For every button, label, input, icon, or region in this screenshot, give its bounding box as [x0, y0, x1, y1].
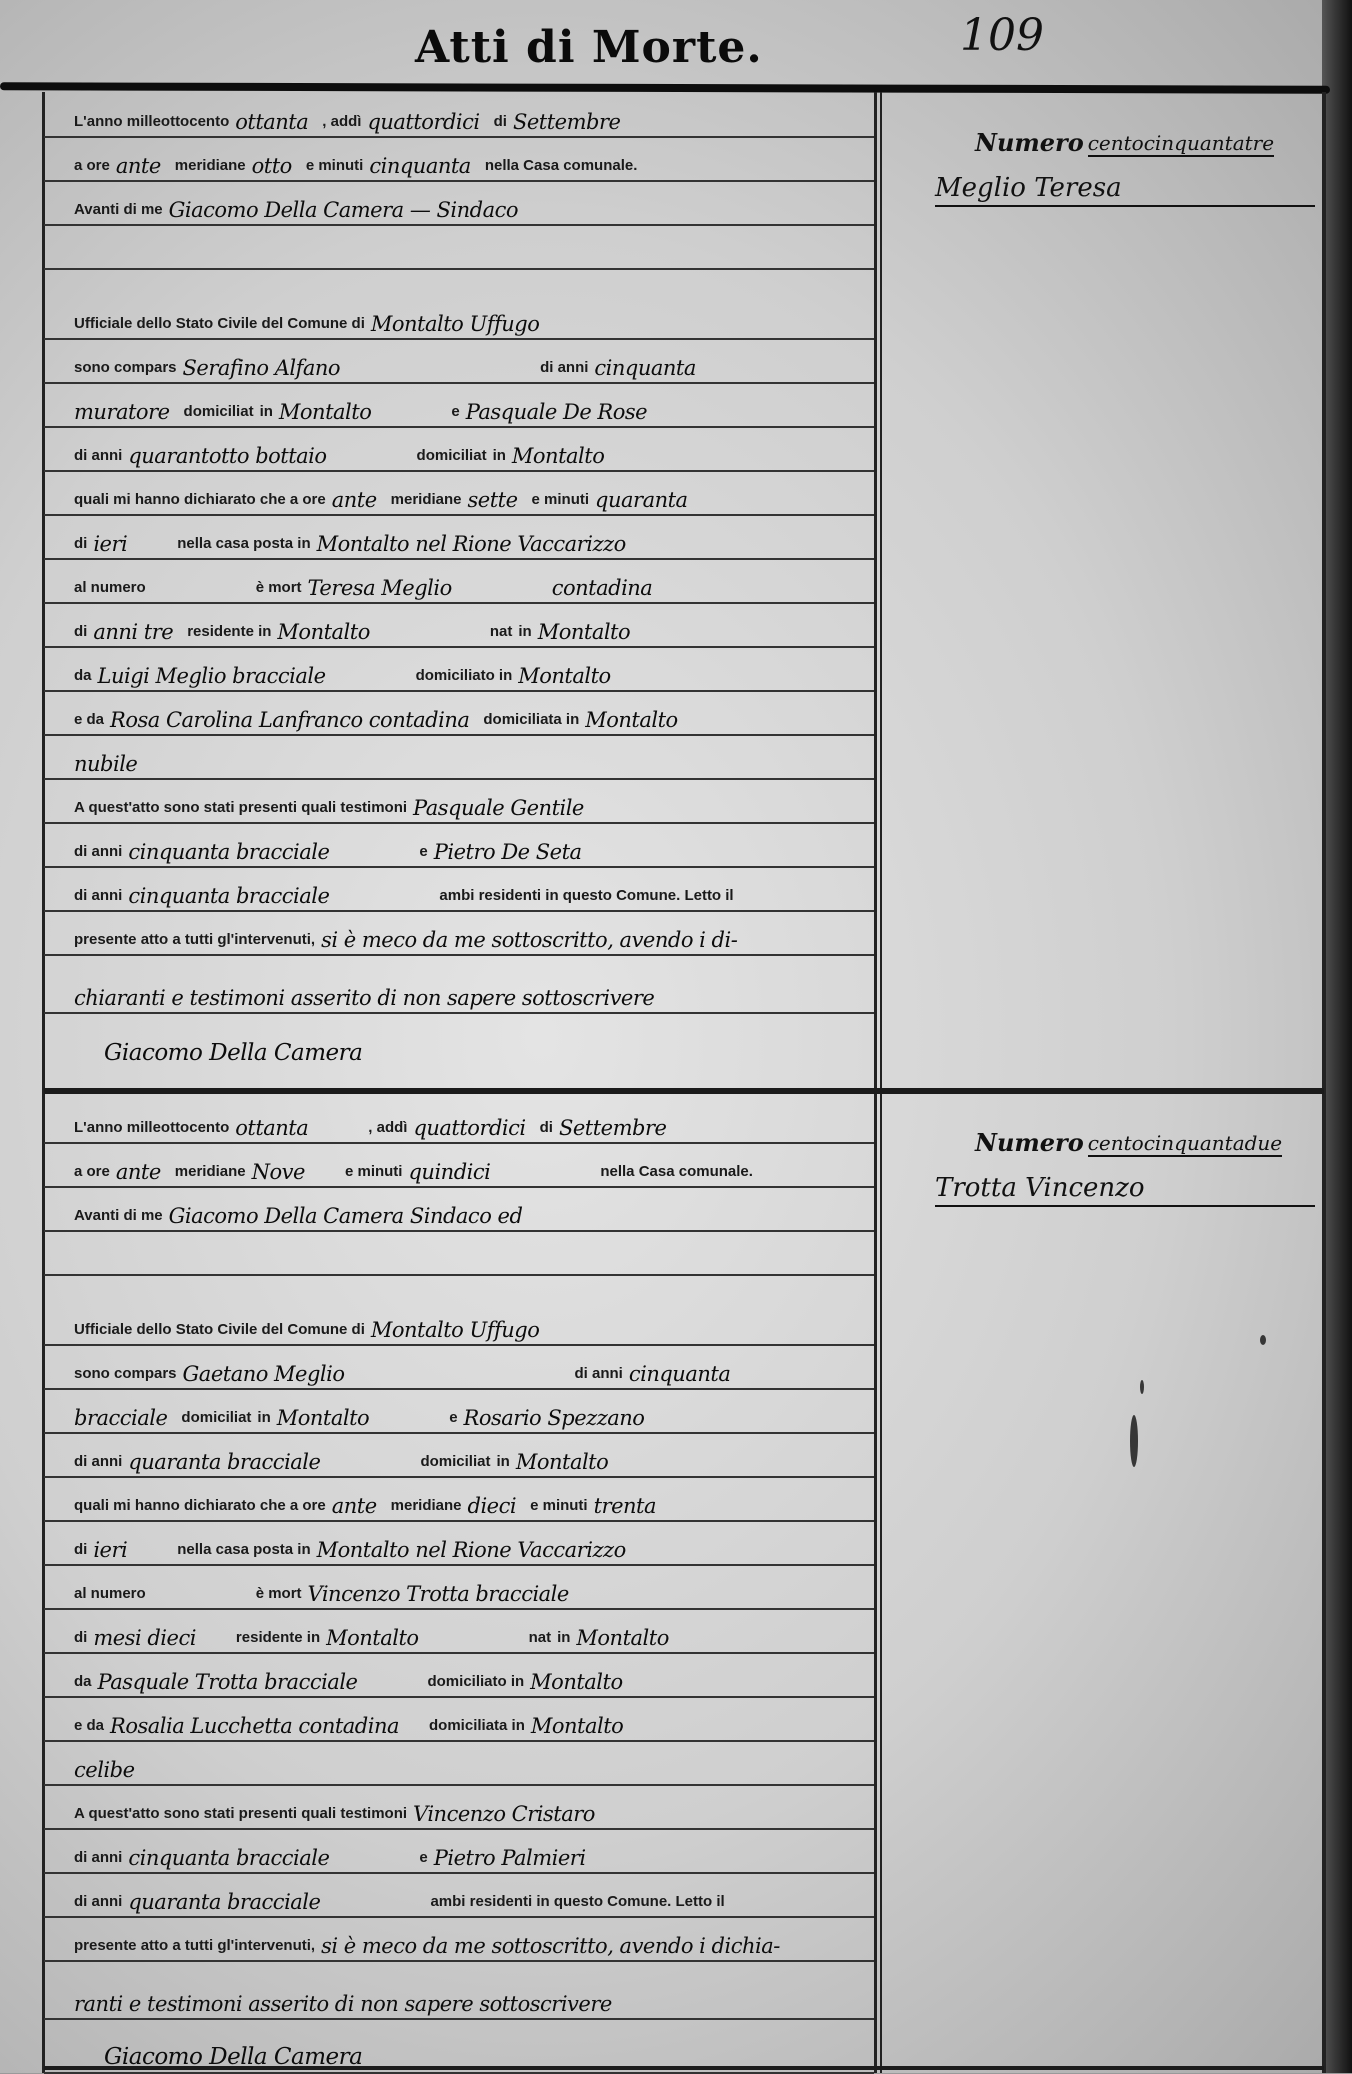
record-line-officer: Avanti di me Giacomo Della Camera — Sind…: [44, 182, 874, 226]
record-line-declarant-2: di anni quaranta bracciale domiciliat in…: [44, 1434, 874, 1478]
handwritten-minutes: quindici: [408, 1160, 490, 1186]
record-line-date: L'anno milleottocento ottanta , addì qua…: [44, 94, 874, 138]
printed-text: e minuti: [306, 157, 364, 180]
page-edge-shadow: [1322, 0, 1352, 2073]
handwritten-declarant: Gaetano Meglio: [183, 1362, 345, 1388]
printed-text: nella Casa comunale.: [485, 157, 638, 180]
record-line-time: a ore ante meridiane Nove e minuti quind…: [44, 1144, 874, 1188]
printed-text: domiciliat: [417, 447, 487, 470]
printed-text: e minuti: [530, 1497, 588, 1520]
printed-text: di: [494, 113, 507, 136]
printed-text: sono compars: [74, 359, 177, 382]
handwritten-witness: Vincenzo Cristaro: [413, 1802, 595, 1828]
handwritten-closing: si è meco da me sottoscritto, avendo i d…: [321, 928, 737, 954]
printed-text: e: [451, 403, 459, 426]
handwritten-age-profession: quarantotto bottaio: [128, 444, 326, 470]
page-title: Atti di Morte.: [415, 22, 763, 73]
printed-text: di: [74, 623, 87, 646]
handwritten-town: Montalto: [277, 1406, 369, 1432]
handwritten-minutes: trenta: [594, 1494, 656, 1520]
printed-text: quali mi hanno dichiarato che a ore: [74, 1497, 326, 1520]
record-line-closing: chiaranti e testimoni asserito di non sa…: [44, 956, 874, 1014]
printed-text: al numero: [74, 1585, 146, 1608]
printed-text: domiciliato in: [416, 667, 513, 690]
printed-text: meridiane: [391, 1497, 462, 1520]
handwritten-day: quattordici: [413, 1116, 525, 1142]
record-line-death-place: di ieri nella casa posta in Montalto nel…: [44, 1522, 874, 1566]
printed-text: ambi residenti in questo Comune. Letto i…: [439, 887, 733, 910]
handwritten-age: cinquanta: [629, 1362, 730, 1388]
printed-text: di: [540, 1119, 553, 1142]
handwritten-deceased: Vincenzo Trotta bracciale: [308, 1582, 569, 1608]
handwritten-declarant-2: Pasquale De Rose: [466, 400, 647, 426]
margin-entry-2: Numero centocinquantadue Trotta Vincenzo: [885, 1128, 1325, 1207]
record-line-signature: Giacomo Della Camera: [44, 1014, 874, 1068]
right-border: [1322, 92, 1326, 2073]
printed-text: di anni: [74, 1893, 122, 1916]
handwritten-town: Montalto: [516, 1450, 608, 1476]
ink-stain: [1140, 1380, 1144, 1394]
handwritten-day: quattordici: [367, 110, 479, 136]
record-line-age-residence: di anni tre residente in Montalto nat in…: [44, 604, 874, 648]
record-line-witness-2-age: di anni quaranta bracciale ambi resident…: [44, 1874, 874, 1918]
printed-text: e minuti: [345, 1163, 403, 1186]
printed-text: domiciliat: [420, 1453, 490, 1476]
column-divider-inner: [880, 92, 882, 2073]
printed-text: domiciliat: [181, 1409, 251, 1432]
deceased-name: Trotta Vincenzo: [935, 1173, 1315, 1207]
record-line-closing: ranti e testimoni asserito di non sapere…: [44, 1962, 874, 2020]
handwritten-year: ottanta: [235, 1116, 308, 1142]
printed-text: di anni: [74, 887, 122, 910]
record-line-witness-1: A quest'atto sono stati presenti quali t…: [44, 1786, 874, 1830]
handwritten-minutes: cinquanta: [369, 154, 470, 180]
printed-text: in: [557, 1629, 570, 1652]
numero-value: centocinquantatre: [1088, 131, 1274, 157]
document-page: Atti di Morte. 109 Numero centocinquanta…: [0, 0, 1352, 2073]
record-line-comune: Ufficiale dello Stato Civile del Comune …: [44, 1302, 874, 1346]
record-line-deceased: al numero è mort Teresa Meglio contadina: [44, 560, 874, 604]
record-line-declarant-2: di anni quarantotto bottaio domiciliat i…: [44, 428, 874, 472]
handwritten-birthplace: Montalto: [538, 620, 630, 646]
handwritten-hour: Nove: [252, 1160, 305, 1186]
printed-text: nella Casa comunale.: [600, 1163, 753, 1186]
column-divider: [874, 92, 877, 2073]
printed-text: Avanti di me: [74, 201, 163, 224]
record-line-time: a ore ante meridiane otto e minuti cinqu…: [44, 138, 874, 182]
record-line-deceased: al numero è mort Vincenzo Trotta braccia…: [44, 1566, 874, 1610]
handwritten-town: Montalto: [531, 1714, 623, 1740]
record-line-witness-1: A quest'atto sono stati presenti quali t…: [44, 780, 874, 824]
printed-text: , addì: [368, 1119, 407, 1142]
handwritten-officer: Giacomo Della Camera — Sindaco: [169, 198, 518, 224]
handwritten-mother: Rosa Carolina Lanfranco contadina: [110, 708, 469, 734]
handwritten-birthplace: Montalto: [576, 1626, 668, 1652]
printed-text: di: [74, 535, 87, 558]
record-line-date: L'anno milleottocento ottanta , addì qua…: [44, 1100, 874, 1144]
handwritten-town: Montalto: [585, 708, 677, 734]
handwritten-profession: contadina: [552, 576, 653, 602]
handwritten-age-profession: quaranta bracciale: [128, 1450, 320, 1476]
handwritten-address: Montalto nel Rione Vaccarizzo: [317, 532, 626, 558]
printed-text: e da: [74, 1717, 104, 1740]
numero-value: centocinquantadue: [1088, 1131, 1282, 1157]
record-line-reading: presente atto a tutti gl'intervenuti, si…: [44, 912, 874, 956]
entry-divider: [44, 1088, 1324, 1094]
record-line-witness-2: di anni cinquanta bracciale e Pietro Pal…: [44, 1830, 874, 1874]
printed-text: di: [74, 1629, 87, 1652]
printed-text: e minuti: [532, 491, 590, 514]
handwritten-age-profession: cinquanta bracciale: [128, 840, 329, 866]
printed-text: quali mi hanno dichiarato che a ore: [74, 491, 326, 514]
ink-stain: [1130, 1415, 1138, 1467]
handwritten-town: Montalto: [518, 664, 610, 690]
handwritten-deceased: Teresa Meglio: [308, 576, 452, 602]
handwritten-mother: Rosalia Lucchetta contadina: [110, 1714, 399, 1740]
handwritten-hour: otto: [252, 154, 292, 180]
handwritten-father: Luigi Meglio bracciale: [98, 664, 326, 690]
handwritten-witness: Pietro De Seta: [434, 840, 582, 866]
officer-signature: Giacomo Della Camera: [104, 2044, 362, 2072]
handwritten-age-profession: cinquanta bracciale: [128, 1846, 329, 1872]
handwritten-comune: Montalto Uffugo: [371, 1318, 539, 1344]
printed-text: meridiane: [391, 491, 462, 514]
handwritten-town: Montalto: [530, 1670, 622, 1696]
printed-text: sono compars: [74, 1365, 177, 1388]
printed-text: al numero: [74, 579, 146, 602]
printed-text: di anni: [74, 1453, 122, 1476]
record-line-declarant-1: sono compars Gaetano Meglio di anni cinq…: [44, 1346, 874, 1390]
printed-text: meridiane: [175, 157, 246, 180]
handwritten-profession: muratore: [74, 400, 170, 426]
handwritten-witness: Pietro Palmieri: [434, 1846, 586, 1872]
handwritten-declarant: Serafino Alfano: [183, 356, 341, 382]
printed-text: in: [260, 403, 273, 426]
printed-text: L'anno milleottocento: [74, 113, 229, 136]
printed-text: domiciliat: [184, 403, 254, 426]
record-line-declarant-1: sono compars Serafino Alfano di anni cin…: [44, 340, 874, 384]
handwritten-witness: Pasquale Gentile: [413, 796, 584, 822]
handwritten-address: Montalto nel Rione Vaccarizzo: [317, 1538, 626, 1564]
printed-text: a ore: [74, 157, 110, 180]
printed-text: presente atto a tutti gl'intervenuti,: [74, 931, 315, 954]
printed-text: domiciliato in: [427, 1673, 524, 1696]
printed-text: a ore: [74, 1163, 110, 1186]
record-line-blank: [44, 1232, 874, 1276]
printed-text: residente in: [187, 623, 271, 646]
printed-text: Ufficiale dello Stato Civile del Comune …: [74, 315, 365, 338]
handwritten-residence: Montalto: [326, 1626, 418, 1652]
printed-text: di anni: [540, 359, 588, 382]
printed-text: di: [74, 1541, 87, 1564]
handwritten-closing: chiaranti e testimoni asserito di non sa…: [74, 986, 654, 1012]
record-line-signature: Giacomo Della Camera: [44, 2020, 874, 2073]
printed-text: di anni: [74, 447, 122, 470]
handwritten-day: ieri: [93, 1538, 127, 1564]
handwritten-town: Montalto: [279, 400, 371, 426]
record-line-witness-2: di anni cinquanta bracciale e Pietro De …: [44, 824, 874, 868]
handwritten-marital-status: nubile: [74, 752, 137, 778]
printed-text: di anni: [74, 1849, 122, 1872]
deceased-name: Meglio Teresa: [935, 173, 1315, 207]
record-line-age-residence: di mesi dieci residente in Montalto nat …: [44, 1610, 874, 1654]
printed-text: in: [496, 1453, 509, 1476]
record-line-declarant-1-residence: muratore domiciliat in Montalto e Pasqua…: [44, 384, 874, 428]
ink-stain: [1260, 1335, 1266, 1345]
record-line-status: nubile: [44, 736, 874, 780]
printed-text: e: [419, 843, 427, 866]
printed-text: nat: [529, 1629, 552, 1652]
handwritten-minutes: quaranta: [595, 488, 688, 514]
record-line-status: celibe: [44, 1742, 874, 1786]
printed-text: Avanti di me: [74, 1207, 163, 1230]
printed-text: è mort: [256, 1585, 302, 1608]
handwritten-hour: sette: [468, 488, 518, 514]
record-line-father: da Pasquale Trotta bracciale domiciliato…: [44, 1654, 874, 1698]
death-record-entry-1: L'anno milleottocento ottanta , addì qua…: [44, 94, 874, 1068]
handwritten-officer: Giacomo Della Camera Sindaco ed: [169, 1204, 523, 1230]
record-line-declarant-1-residence: bracciale domiciliat in Montalto e Rosar…: [44, 1390, 874, 1434]
folio-number: 109: [960, 10, 1044, 61]
handwritten-month: Settembre: [559, 1116, 666, 1142]
handwritten-age: cinquanta: [594, 356, 695, 382]
handwritten-profession: bracciale: [74, 1406, 167, 1432]
printed-text: nella casa posta in: [177, 535, 310, 558]
printed-text: in: [257, 1409, 270, 1432]
handwritten-age: anni tre: [93, 620, 173, 646]
record-line-death-time: quali mi hanno dichiarato che a ore ante…: [44, 1478, 874, 1522]
handwritten-month: Settembre: [513, 110, 620, 136]
printed-text: nat: [490, 623, 513, 646]
handwritten-closing: ranti e testimoni asserito di non sapere…: [74, 1992, 612, 2018]
printed-text: in: [493, 447, 506, 470]
record-line-blank: [44, 226, 874, 270]
record-line-death-time: quali mi hanno dichiarato che a ore ante…: [44, 472, 874, 516]
handwritten-age-profession: cinquanta bracciale: [128, 884, 329, 910]
printed-text: da: [74, 667, 92, 690]
printed-text: di anni: [74, 843, 122, 866]
handwritten-text: ante: [332, 1494, 377, 1520]
handwritten-marital-status: celibe: [74, 1758, 135, 1784]
handwritten-town: Montalto: [512, 444, 604, 470]
margin-entry-1: Numero centocinquantatre Meglio Teresa: [885, 128, 1325, 207]
printed-text: nella casa posta in: [177, 1541, 310, 1564]
printed-text: in: [518, 623, 531, 646]
handwritten-declarant-2: Rosario Spezzano: [464, 1406, 645, 1432]
printed-text: residente in: [236, 1629, 320, 1652]
record-line-comune: Ufficiale dello Stato Civile del Comune …: [44, 296, 874, 340]
record-line-mother: e da Rosalia Lucchetta contadina domicil…: [44, 1698, 874, 1742]
printed-text: ambi residenti in questo Comune. Letto i…: [430, 1893, 724, 1916]
handwritten-residence: Montalto: [277, 620, 369, 646]
record-line-mother: e da Rosa Carolina Lanfranco contadina d…: [44, 692, 874, 736]
printed-text: A quest'atto sono stati presenti quali t…: [74, 1805, 407, 1828]
handwritten-text: ante: [116, 154, 161, 180]
numero-label: Numero: [975, 128, 1084, 157]
top-rule-divider: [0, 82, 1330, 93]
handwritten-text: ante: [116, 1160, 161, 1186]
death-record-entry-2: L'anno milleottocento ottanta , addì qua…: [44, 1100, 874, 2073]
printed-text: e da: [74, 711, 104, 734]
printed-text: L'anno milleottocento: [74, 1119, 229, 1142]
printed-text: presente atto a tutti gl'intervenuti,: [74, 1937, 315, 1960]
printed-text: meridiane: [175, 1163, 246, 1186]
printed-text: A quest'atto sono stati presenti quali t…: [74, 799, 407, 822]
handwritten-comune: Montalto Uffugo: [371, 312, 539, 338]
printed-text: e: [419, 1849, 427, 1872]
printed-text: da: [74, 1673, 92, 1696]
printed-text: , addì: [322, 113, 361, 136]
record-line-witness-2-age: di anni cinquanta bracciale ambi residen…: [44, 868, 874, 912]
numero-label: Numero: [975, 1128, 1084, 1157]
printed-text: di anni: [575, 1365, 623, 1388]
printed-text: domiciliata in: [429, 1717, 525, 1740]
handwritten-hour: dieci: [468, 1494, 517, 1520]
printed-text: Ufficiale dello Stato Civile del Comune …: [74, 1321, 365, 1344]
officer-signature: Giacomo Della Camera: [104, 1040, 362, 1068]
record-line-officer: Avanti di me Giacomo Della Camera Sindac…: [44, 1188, 874, 1232]
handwritten-year: ottanta: [235, 110, 308, 136]
handwritten-closing: si è meco da me sottoscritto, avendo i d…: [321, 1934, 780, 1960]
record-line-death-place: di ieri nella casa posta in Montalto nel…: [44, 516, 874, 560]
record-line-reading: presente atto a tutti gl'intervenuti, si…: [44, 1918, 874, 1962]
printed-text: domiciliata in: [483, 711, 579, 734]
handwritten-text: ante: [332, 488, 377, 514]
handwritten-day: ieri: [93, 532, 127, 558]
handwritten-age-profession: quaranta bracciale: [128, 1890, 320, 1916]
record-line-father: da Luigi Meglio bracciale domiciliato in…: [44, 648, 874, 692]
printed-text: è mort: [256, 579, 302, 602]
handwritten-father: Pasquale Trotta bracciale: [98, 1670, 358, 1696]
printed-text: e: [449, 1409, 457, 1432]
handwritten-age: mesi dieci: [93, 1626, 196, 1652]
